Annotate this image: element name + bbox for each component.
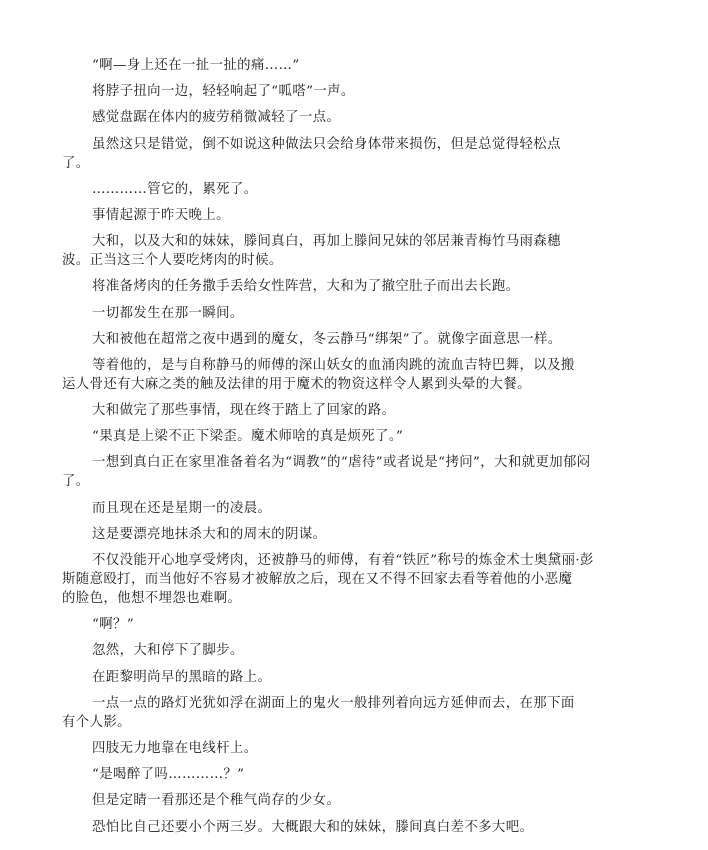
paragraph: 一切都发生在那一瞬间。 <box>62 304 622 323</box>
paragraph: 恐怕比自己还要小个两三岁。大概跟大和的妹妹，滕间真白差不多大吧。 <box>62 818 622 837</box>
paragraph-text: 将准备烤肉的任务撒手丢给女性阵营，大和为了撤空肚子而出去长跑。 <box>92 279 520 294</box>
document-page: “啊—身上还在一扯一扯的痛……” 将脖子扭向一边，轻轻响起了“呱嗒”一声。 感觉… <box>62 56 622 844</box>
paragraph: 等着他的，是与自称静马的师傅的深山妖女的血涌肉跳的流血吉特巴舞，以及搬 运人骨还… <box>62 356 622 394</box>
paragraph: 大和做完了那些事情，现在终于踏上了回家的路。 <box>62 401 622 420</box>
paragraph: 大和，以及大和的妹妹，滕间真白，再加上滕间兄妹的邻居兼青梅竹马雨森穗 波。正当这… <box>62 232 622 270</box>
paragraph-text: 不仅没能开心地享受烤肉，还被静马的师傅，有着“铁匠”称号的炼金术士奥黛丽·彭 斯… <box>62 553 594 606</box>
paragraph-text: 恐怕比自己还要小个两三岁。大概跟大和的妹妹，滕间真白差不多大吧。 <box>92 820 533 835</box>
paragraph-text: 将脖子扭向一边，轻轻响起了“呱嗒”一声。 <box>92 84 355 99</box>
paragraph-text: 四肢无力地靠在电线杆上。 <box>92 741 258 756</box>
paragraph: “是喝醉了吗…………？” <box>62 765 622 784</box>
paragraph-text: …………管它的，累死了。 <box>92 182 258 197</box>
paragraph-text: “果真是上梁不正下梁歪。魔术师啥的真是烦死了。” <box>92 429 403 444</box>
paragraph-text: 大和做完了那些事情，现在终于踏上了回家的路。 <box>92 403 395 418</box>
paragraph: 将准备烤肉的任务撒手丢给女性阵营，大和为了撤空肚子而出去长跑。 <box>62 277 622 296</box>
paragraph-text: 感觉盘踞在体内的疲劳稍微减轻了一点。 <box>92 110 340 125</box>
paragraph-text: 一切都发生在那一瞬间。 <box>92 306 244 321</box>
paragraph: 而且现在还是星期一的凌晨。 <box>62 499 622 518</box>
paragraph: 将脖子扭向一边，轻轻响起了“呱嗒”一声。 <box>62 82 622 101</box>
paragraph: 虽然这只是错觉，倒不如说这种做法只会给身体带来损伤，但是总觉得轻松点 了。 <box>62 135 622 173</box>
paragraph-text: 一点一点的路灯光犹如浮在湖面上的鬼火一般排列着向远方延伸而去，在那下面 有个人影… <box>62 696 575 730</box>
paragraph: 不仅没能开心地享受烤肉，还被静马的师傅，有着“铁匠”称号的炼金术士奥黛丽·彭 斯… <box>62 551 622 608</box>
paragraph-text: “啊—身上还在一扯一扯的痛……” <box>92 58 300 73</box>
paragraph: 大和被他在超常之夜中遇到的魔女，冬云静马“绑架”了。就像字面意思一样。 <box>62 330 622 349</box>
paragraph-text: “是喝醉了吗…………？” <box>92 767 244 782</box>
paragraph: 感觉盘踞在体内的疲劳稍微减轻了一点。 <box>62 108 622 127</box>
paragraph-text: 忽然，大和停下了脚步。 <box>92 643 244 658</box>
paragraph: 但是定睛一看那还是个稚气尚存的少女。 <box>62 791 622 810</box>
paragraph-text: 但是定睛一看那还是个稚气尚存的少女。 <box>92 793 340 808</box>
paragraph: “啊—身上还在一扯一扯的痛……” <box>62 56 622 75</box>
paragraph-text: 而且现在还是星期一的凌晨。 <box>92 501 271 516</box>
paragraph: 在距黎明尚早的黑暗的路上。 <box>62 668 622 687</box>
paragraph-text: 大和，以及大和的妹妹，滕间真白，再加上滕间兄妹的邻居兼青梅竹马雨森穗 波。正当这… <box>62 234 561 268</box>
paragraph: …………管它的，累死了。 <box>62 180 622 199</box>
paragraph: 忽然，大和停下了脚步。 <box>62 641 622 660</box>
paragraph-text: 事情起源于昨天晚上。 <box>92 208 230 223</box>
paragraph: “果真是上梁不正下梁歪。魔术师啥的真是烦死了。” <box>62 427 622 446</box>
paragraph-text: “啊？” <box>92 617 134 632</box>
paragraph-text: 大和被他在超常之夜中遇到的魔女，冬云静马“绑架”了。就像字面意思一样。 <box>92 332 562 347</box>
paragraph: 四肢无力地靠在电线杆上。 <box>62 739 622 758</box>
paragraph: 事情起源于昨天晚上。 <box>62 206 622 225</box>
paragraph-text: 等着他的，是与自称静马的师傅的深山妖女的血涌肉跳的流血吉特巴舞，以及搬 运人骨还… <box>62 358 575 392</box>
paragraph-text: 这是要漂亮地抹杀大和的周末的阴谋。 <box>92 527 326 542</box>
paragraph: 一点一点的路灯光犹如浮在湖面上的鬼火一般排列着向远方延伸而去，在那下面 有个人影… <box>62 694 622 732</box>
paragraph: 这是要漂亮地抹杀大和的周末的阴谋。 <box>62 525 622 544</box>
paragraph-text: 虽然这只是错觉，倒不如说这种做法只会给身体带来损伤，但是总觉得轻松点 了。 <box>62 137 561 171</box>
paragraph: “啊？” <box>62 615 622 634</box>
paragraph: 一想到真白正在家里准备着名为“调教”的“虐待”或者说是“拷问”，大和就更加郁闷 … <box>62 453 622 491</box>
paragraph-text: 在距黎明尚早的黑暗的路上。 <box>92 670 271 685</box>
paragraph-text: 一想到真白正在家里准备着名为“调教”的“虐待”或者说是“拷问”，大和就更加郁闷 … <box>62 455 591 489</box>
